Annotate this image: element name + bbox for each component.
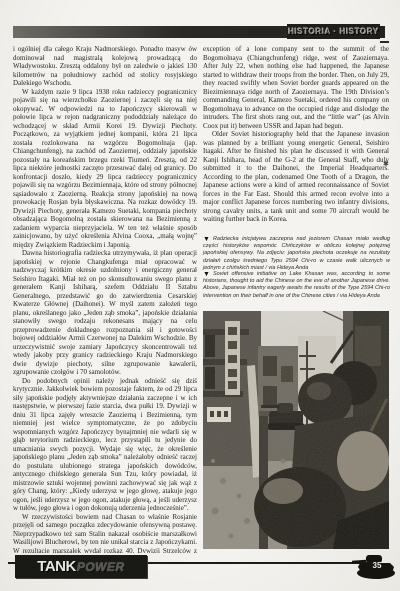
tank-power-logo: TANK POWER [15, 555, 147, 578]
paragraph: i ogólniej dla całego Kraju Nadmorskiego… [13, 45, 197, 88]
paragraph: Older Soviet historiography held that th… [203, 130, 389, 224]
logo-tank-text: TANK [37, 558, 76, 575]
paragraph: W rzeczywistości bowiem nad Chasan to wł… [13, 513, 197, 554]
paragraph: Do podobnych opinii należy jednak odnieś… [13, 377, 197, 513]
right-text-column: exception of a lone company sent to the … [203, 45, 389, 235]
photo-caption-english: ▼Soviet offensive initiative on Lake Kha… [203, 271, 390, 300]
section-banner-label: HISTORIA · HISTORY [288, 27, 379, 36]
paragraph: W każdym razie 9 lipca 1938 roku radziec… [13, 88, 197, 250]
caption-triangle-icon: ▼ [203, 271, 210, 278]
battle-photo [203, 311, 389, 549]
logo-power-text: POWER [77, 560, 125, 574]
footnote-asterisk: ✱ [383, 160, 389, 168]
banner-corner-mark [380, 36, 389, 43]
caption-text: Soviet offensive initiative on Lake Khas… [203, 271, 390, 299]
paragraph: Dawna historiografia radziecka utrzymywa… [13, 249, 197, 377]
page-number-tank-icon: 35 [352, 549, 398, 581]
battle-photo-art [203, 311, 389, 549]
caption-triangle-icon: ▼ [203, 236, 210, 243]
left-text-column: i ogólniej dla całego Kraju Nadmorskiego… [13, 45, 197, 553]
photo-caption-polish: ▼Radziecka inicjatywa zaczepna nad jezio… [203, 236, 390, 272]
paragraph: exception of a lone company sent to the … [203, 45, 389, 130]
page-number: 35 [369, 561, 385, 570]
caption-text: Radziecka inicjatywa zaczepna nad jezior… [203, 236, 390, 271]
section-banner: HISTORIA · HISTORY [287, 24, 380, 39]
